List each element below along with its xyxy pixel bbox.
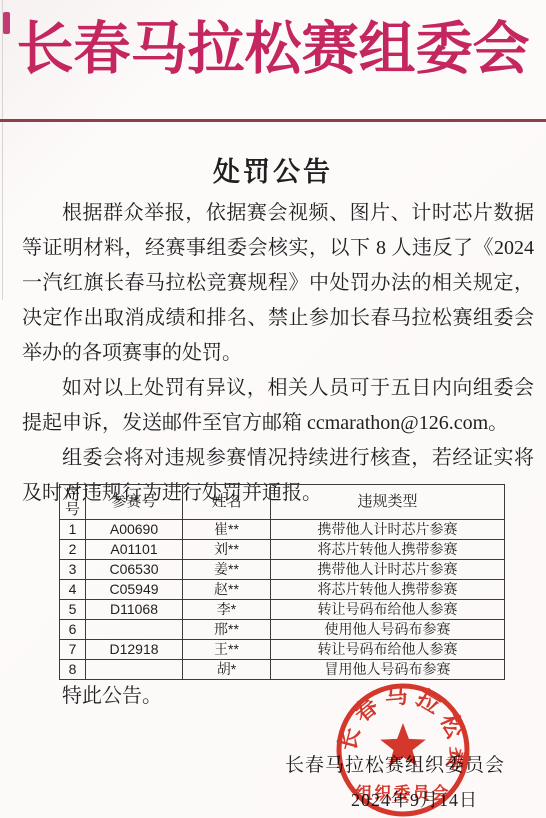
violations-table: 序号 参赛号 姓名 违规类型 1A00690崔**携带他人计时芯片参赛2A011… (59, 484, 505, 680)
cell-index: 8 (60, 660, 86, 680)
scanned-announcement-page: 长春马拉松赛组委会 处罚公告 根据群众举报，依据赛会视频、图片、计时芯片数据等证… (0, 0, 546, 818)
cell-index: 6 (60, 620, 86, 640)
cell-name: 王** (183, 640, 271, 660)
cell-bib-number: C06530 (86, 560, 183, 580)
table-row: 8胡*冒用他人号码布参赛 (60, 660, 505, 680)
cell-name: 刘** (183, 540, 271, 560)
cell-bib-number: A01101 (86, 540, 183, 560)
cell-name: 姜** (183, 560, 271, 580)
cell-bib-number: C05949 (86, 580, 183, 600)
cell-violation-type: 携带他人计时芯片参赛 (271, 520, 505, 540)
seal-bottom-text: 组织委员会 (356, 783, 451, 803)
cell-name: 胡* (183, 660, 271, 680)
cell-name: 李* (183, 600, 271, 620)
cell-bib-number (86, 620, 183, 640)
letterhead-divider (0, 119, 546, 122)
violations-table-body: 1A00690崔**携带他人计时芯片参赛2A01101刘**将芯片转他人携带参赛… (60, 520, 505, 680)
star-icon (380, 723, 426, 766)
header-row: 序号 参赛号 姓名 违规类型 (60, 485, 505, 520)
table-row: 6邢**使用他人号码布参赛 (60, 620, 505, 640)
header-bib-number: 参赛号 (86, 485, 183, 520)
cell-index: 7 (60, 640, 86, 660)
cell-index: 2 (60, 540, 86, 560)
cell-name: 崔** (183, 520, 271, 540)
cell-bib-number: D11068 (86, 600, 183, 620)
announcement-body: 根据群众举报，依据赛会视频、图片、计时芯片数据等证明材料，经赛事组委会核实，以下… (22, 196, 534, 511)
cell-violation-type: 将芯片转他人携带参赛 (271, 580, 505, 600)
table-row: 2A01101刘**将芯片转他人携带参赛 (60, 540, 505, 560)
document-title: 处罚公告 (0, 150, 546, 189)
cell-violation-type: 冒用他人号码布参赛 (271, 660, 505, 680)
letterhead-title: 长春马拉松赛组委会 (0, 6, 546, 94)
cell-bib-number (86, 660, 183, 680)
cell-violation-type: 使用他人号码布参赛 (271, 620, 505, 640)
violations-table-header: 序号 参赛号 姓名 违规类型 (60, 485, 505, 520)
cell-index: 4 (60, 580, 86, 600)
cell-name: 赵** (183, 580, 271, 600)
cell-index: 5 (60, 600, 86, 620)
cell-violation-type: 将芯片转他人携带参赛 (271, 540, 505, 560)
table-row: 5D11068李*转让号码布给他人参赛 (60, 600, 505, 620)
table-row: 4C05949赵**将芯片转他人携带参赛 (60, 580, 505, 600)
cell-violation-type: 携带他人计时芯片参赛 (271, 560, 505, 580)
cell-bib-number: A00690 (86, 520, 183, 540)
cell-index: 1 (60, 520, 86, 540)
header-violation-type: 违规类型 (271, 485, 505, 520)
paragraph-appeal: 如对以上处罚有异议，相关人员可于五日内向组委会提起申诉，发送邮件至官方邮箱 cc… (22, 371, 534, 441)
cell-violation-type: 转让号码布给他人参赛 (271, 600, 505, 620)
cell-name: 邢** (183, 620, 271, 640)
header-index: 序号 (60, 485, 86, 520)
cell-bib-number: D12918 (86, 640, 183, 660)
official-red-seal: 长春马拉松赛 组织委员会 (333, 680, 473, 818)
paragraph-evidence: 根据群众举报，依据赛会视频、图片、计时芯片数据等证明材料，经赛事组委会核实，以下… (22, 196, 534, 371)
table-row: 1A00690崔**携带他人计时芯片参赛 (60, 520, 505, 540)
table-row: 3C06530姜**携带他人计时芯片参赛 (60, 560, 505, 580)
header-name: 姓名 (183, 485, 271, 520)
closing-statement: 特此公告。 (62, 679, 162, 708)
cell-violation-type: 转让号码布给他人参赛 (271, 640, 505, 660)
table-row: 7D12918王**转让号码布给他人参赛 (60, 640, 505, 660)
cell-index: 3 (60, 560, 86, 580)
